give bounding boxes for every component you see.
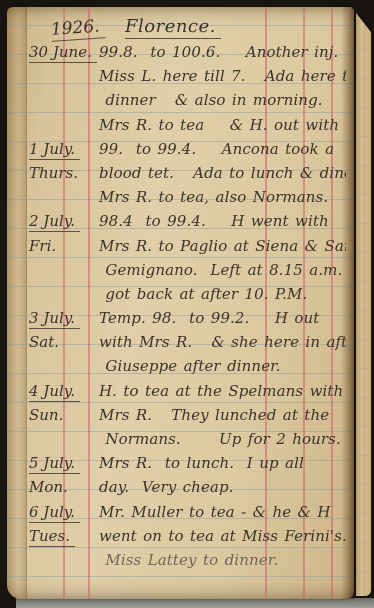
next-page-margin-line — [364, 6, 365, 596]
entry-row: Mrs R. to tea, also Normans. — [29, 188, 346, 212]
entries: 30 June.99.8. to 100.6. Another inj.Miss… — [29, 43, 346, 575]
entry-row: Thurs.blood tet. Ada to lunch & dine — [29, 164, 346, 188]
entry-row: Sun.Mrs R. They lunched at the — [29, 406, 346, 430]
entry-day-cell: Thurs. — [29, 164, 99, 182]
entry-text: Miss Lattey to dinner. — [99, 551, 346, 569]
entry-day: Mon. — [29, 478, 68, 496]
page-header: 1926. Florence. — [7, 13, 354, 43]
entry-text: dinner & also in morning. — [99, 91, 346, 109]
entry-date: 30 June. — [29, 43, 97, 63]
entry-row: Gemignano. Left at 8.15 a.m. & — [29, 261, 346, 285]
entry-text: 98.4 to 99.4. H went with — [99, 212, 346, 230]
entry-row: 1 July.99. to 99.4. Ancona took a — [29, 140, 346, 164]
entry-row: 30 June.99.8. to 100.6. Another inj. — [29, 43, 346, 67]
entry-date-cell: 1 July. — [29, 140, 99, 160]
page-title: Florence. — [125, 16, 221, 39]
entry-row: got back at after 10. P.M. — [29, 285, 346, 309]
entry-day: Fri. — [29, 237, 56, 255]
entry-text: H. to tea at the Spelmans with — [99, 382, 346, 400]
entry-date: 1 July. — [29, 140, 80, 160]
entry-row: 2 July.98.4 to 99.4. H went with — [29, 212, 346, 236]
entry-day-cell: Tues. — [29, 527, 99, 547]
entry-date: 3 July. — [29, 309, 80, 329]
entry-date-cell: 30 June. — [29, 43, 99, 63]
entry-text: day. Very cheap. — [99, 478, 346, 496]
entry-date-cell: 2 July. — [29, 212, 99, 232]
entry-text: Miss L. here till 7. Ada here to — [99, 67, 346, 85]
entry-row: Mrs R. to tea & H. out with her. — [29, 116, 346, 140]
entry-row: Fri.Mrs R. to Paglio at Siena & San — [29, 237, 346, 261]
entry-date-cell: 6 July. — [29, 503, 99, 523]
entry-text: Mrs R. to tea, also Normans. — [99, 188, 346, 206]
entry-day: Sat. — [29, 333, 59, 351]
entry-row: 5 July.Mrs R. to lunch. I up all — [29, 454, 346, 478]
entry-text: Mrs R. to tea & H. out with her. — [99, 116, 346, 134]
entry-text: 99.8. to 100.6. Another inj. — [99, 43, 346, 61]
entry-row: Miss L. here till 7. Ada here to — [29, 67, 346, 91]
entry-row: Normans. Up for 2 hours. — [29, 430, 346, 454]
next-page-sliver — [356, 6, 371, 596]
entry-text: with Mrs R. & she here in aft. — [99, 333, 346, 351]
notebook-page: 1926. Florence. 30 June.99.8. to 100.6. … — [7, 7, 354, 599]
entry-text: Normans. Up for 2 hours. — [99, 430, 346, 448]
entry-day: Thurs. — [29, 164, 78, 182]
table-surface — [16, 598, 374, 608]
entry-text: Mrs R. They lunched at the — [99, 406, 346, 424]
entry-row: Giuseppe after dinner. — [29, 357, 346, 381]
entry-text: Mrs R. to lunch. I up all — [99, 454, 346, 472]
page-fold-shadow — [341, 7, 354, 599]
diary-photo: 1926. Florence. 30 June.99.8. to 100.6. … — [0, 0, 374, 608]
entry-day: Sun. — [29, 406, 63, 424]
entry-date-cell: 3 July. — [29, 309, 99, 329]
entry-date-cell: 5 July. — [29, 454, 99, 474]
entry-day-cell: Mon. — [29, 478, 99, 496]
entry-text: Giuseppe after dinner. — [99, 357, 346, 375]
entry-text: blood tet. Ada to lunch & dine — [99, 164, 346, 182]
year-label: 1926. — [50, 16, 105, 42]
entry-date: 5 July. — [29, 454, 80, 474]
entry-row: Mon.day. Very cheap. — [29, 478, 346, 502]
entry-date: 2 July. — [29, 212, 80, 232]
entry-row: 4 July.H. to tea at the Spelmans with — [29, 382, 346, 406]
entry-day-cell: Sat. — [29, 333, 99, 351]
entry-text: Temp. 98. to 99.2. H out — [99, 309, 346, 327]
entry-text: Mr. Muller to tea - & he & H — [99, 503, 346, 521]
entry-text: went on to tea at Miss Ferini's. — [99, 527, 346, 545]
entry-date: 6 July. — [29, 503, 80, 523]
entry-date: 4 July. — [29, 382, 80, 402]
entry-day-cell: Fri. — [29, 237, 99, 255]
entry-text: Mrs R. to Paglio at Siena & San — [99, 237, 346, 255]
entry-date-cell: 4 July. — [29, 382, 99, 402]
entry-text: got back at after 10. P.M. — [99, 285, 346, 303]
entry-text: Gemignano. Left at 8.15 a.m. & — [99, 261, 346, 279]
entry-row: 6 July.Mr. Muller to tea - & he & H — [29, 503, 346, 527]
entry-day-cell: Sun. — [29, 406, 99, 424]
entry-row: Miss Lattey to dinner. — [29, 551, 346, 575]
entry-row: 3 July.Temp. 98. to 99.2. H out — [29, 309, 346, 333]
entry-row: Sat.with Mrs R. & she here in aft. — [29, 333, 346, 357]
entry-text: 99. to 99.4. Ancona took a — [99, 140, 346, 158]
entry-row: dinner & also in morning. — [29, 91, 346, 115]
entry-day: Tues. — [29, 527, 75, 547]
entry-row: Tues.went on to tea at Miss Ferini's. — [29, 527, 346, 551]
